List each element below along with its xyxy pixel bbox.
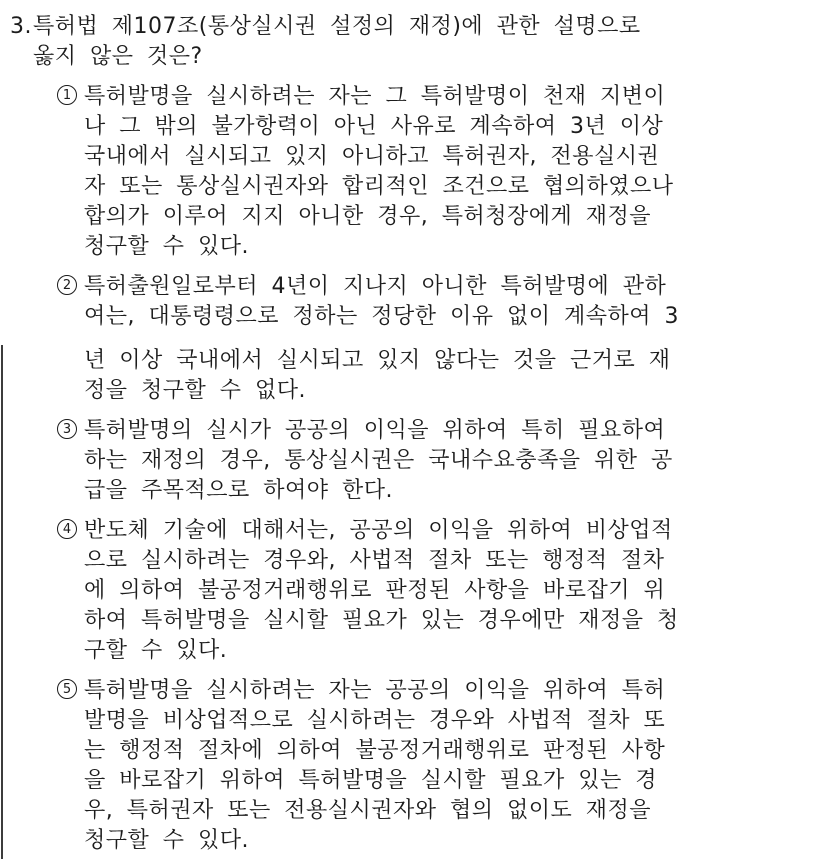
choice-2-text: 특허출원일로부터 4년이 지나지 아니한 특허발명에 관하 여는, 대통령령으로… [84, 272, 800, 406]
choice-text-line: 을 바로잡기 위하여 특허발명을 실시할 필요가 있는 경 [84, 766, 800, 796]
circled-number-4-icon: 4 [57, 519, 77, 539]
choice-text-line: 년 이상 국내에서 실시되고 있지 않다는 것을 근거로 재 [84, 346, 800, 376]
choice-text-line: 특허발명의 실시가 공공의 이익을 위하여 특히 필요하여 [84, 416, 800, 446]
question-text-line: 특허법 제107조(통상실시권 설정의 재정)에 관한 설명으로 [33, 12, 800, 42]
choice-text-line: 급을 주목적으로 하여야 한다. [84, 476, 800, 506]
circled-number-1-icon: 1 [57, 85, 77, 105]
choice-text-line: 에 의하여 불공정거래행위로 판정된 사항을 바로잡기 위 [84, 576, 800, 606]
circled-number-5-icon: 5 [57, 679, 77, 699]
choice-text-line: 하는 재정의 경우, 통상실시권은 국내수요충족을 위한 공 [84, 446, 800, 476]
choice-text-line: 나 그 밖의 불가항력이 아닌 사유로 계속하여 3년 이상 [84, 112, 800, 142]
choice-text-line: 청구할 수 있다. [84, 232, 800, 262]
choice-4: 4 반도체 기술에 대해서는, 공공의 이익을 위하여 비상업적 으로 실시하려… [57, 516, 800, 666]
choice-3-text: 특허발명의 실시가 공공의 이익을 위하여 특히 필요하여 하는 재정의 경우,… [84, 416, 800, 506]
choice-5-marker: 5 [57, 676, 84, 856]
choice-text-line: 정을 청구할 수 없다. [84, 376, 800, 406]
choice-2: 2 특허출원일로부터 4년이 지나지 아니한 특허발명에 관하 여는, 대통령령… [57, 272, 800, 406]
question-text-line: 옳지 않은 것은? [33, 42, 800, 72]
choice-1: 1 특허발명을 실시하려는 자는 그 특허발명이 천재 지변이 나 그 밖의 불… [57, 82, 800, 262]
choice-text-line: 여는, 대통령령으로 정하는 정당한 이유 없이 계속하여 3 [84, 302, 800, 332]
choice-text-line: 자 또는 통상실시권자와 합리적인 조건으로 협의하였으나 [84, 172, 800, 202]
choice-1-text: 특허발명을 실시하려는 자는 그 특허발명이 천재 지변이 나 그 밖의 불가항… [84, 82, 800, 262]
choice-text-line: 합의가 이루어 지지 아니한 경우, 특허청장에게 재정을 [84, 202, 800, 232]
choice-text-line: 특허출원일로부터 4년이 지나지 아니한 특허발명에 관하 [84, 272, 800, 302]
choice-5: 5 특허발명을 실시하려는 자는 공공의 이익을 위하여 특허 발명을 비상업적… [57, 676, 800, 856]
exam-question-page: 3. 특허법 제107조(통상실시권 설정의 재정)에 관한 설명으로 옳지 않… [0, 0, 826, 856]
choice-text-line: 청구할 수 있다. [84, 826, 800, 856]
choice-5-text: 특허발명을 실시하려는 자는 공공의 이익을 위하여 특허 발명을 비상업적으로… [84, 676, 800, 856]
choice-text-line: 국내에서 실시되고 있지 아니하고 특허권자, 전용실시권 [84, 142, 800, 172]
choice-1-marker: 1 [57, 82, 84, 262]
choice-text-line: 구할 수 있다. [84, 636, 800, 666]
left-margin-rule [1, 345, 3, 859]
circled-number-3-icon: 3 [57, 419, 77, 439]
choice-text-line: 으로 실시하려는 경우와, 사법적 절차 또는 행정적 절차 [84, 546, 800, 576]
choice-4-text: 반도체 기술에 대해서는, 공공의 이익을 위하여 비상업적 으로 실시하려는 … [84, 516, 800, 666]
choice-text-line: 하여 특허발명을 실시할 필요가 있는 경우에만 재정을 청 [84, 606, 800, 636]
question-number: 3. [10, 12, 33, 72]
question-text: 특허법 제107조(통상실시권 설정의 재정)에 관한 설명으로 옳지 않은 것… [33, 12, 800, 72]
choice-3-marker: 3 [57, 416, 84, 506]
choice-text-line: 특허발명을 실시하려는 자는 공공의 이익을 위하여 특허 [84, 676, 800, 706]
circled-number-2-icon: 2 [57, 275, 77, 295]
choice-text-line: 는 행정적 절차에 의하여 불공정거래행위로 판정된 사항 [84, 736, 800, 766]
choice-3: 3 특허발명의 실시가 공공의 이익을 위하여 특히 필요하여 하는 재정의 경… [57, 416, 800, 506]
choice-text-line: 특허발명을 실시하려는 자는 그 특허발명이 천재 지변이 [84, 82, 800, 112]
choice-text-line: 반도체 기술에 대해서는, 공공의 이익을 위하여 비상업적 [84, 516, 800, 546]
choice-text-line: 발명을 비상업적으로 실시하려는 경우와 사법적 절차 또 [84, 706, 800, 736]
choice-2-marker: 2 [57, 272, 84, 406]
question-block: 3. 특허법 제107조(통상실시권 설정의 재정)에 관한 설명으로 옳지 않… [10, 12, 800, 72]
choice-4-marker: 4 [57, 516, 84, 666]
choice-text-line: 우, 특허권자 또는 전용실시권자와 협의 없이도 재정을 [84, 796, 800, 826]
